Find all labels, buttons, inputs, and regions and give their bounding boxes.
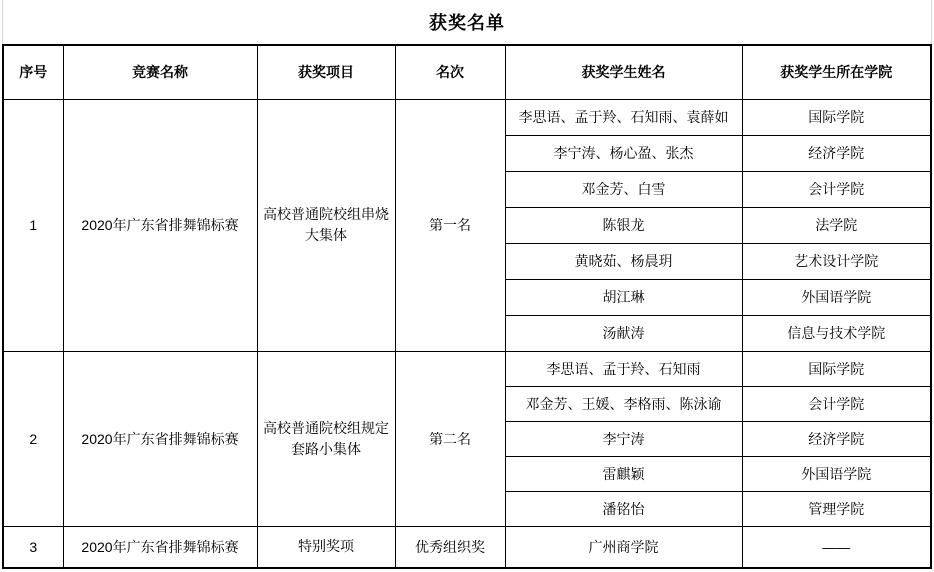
students-cell: 黄晓茹、杨晨玥 (505, 243, 742, 279)
students-cell: 邓金芳、王媛、李格雨、陈泳谕 (505, 386, 742, 421)
students-cell: 雷麒颖 (505, 456, 742, 491)
students-cell: 邓金芳、白雪 (505, 171, 742, 207)
students-cell: 李宁涛 (505, 421, 742, 456)
college-cell: 会计学院 (742, 386, 931, 421)
students-cell: 陈银龙 (505, 207, 742, 243)
header-no: 序号 (3, 45, 63, 99)
project-cell: 高校普通院校组串烧大集体 (257, 99, 395, 351)
college-cell: —— (742, 526, 931, 568)
college-cell: 信息与技术学院 (742, 315, 931, 351)
students-cell: 李思语、孟于羚、石知雨、袁薛如 (505, 99, 742, 135)
header-competition: 竞赛名称 (63, 45, 257, 99)
competition-cell: 2020年广东省排舞锦标赛 (63, 526, 257, 568)
header-rank: 名次 (395, 45, 505, 99)
students-cell: 胡江琳 (505, 279, 742, 315)
no-cell: 3 (3, 526, 63, 568)
header-college: 获奖学生所在学院 (742, 45, 931, 99)
no-cell: 1 (3, 99, 63, 351)
rank-cell: 第二名 (395, 351, 505, 526)
college-cell: 艺术设计学院 (742, 243, 931, 279)
students-cell: 汤献涛 (505, 315, 742, 351)
project-cell: 特别奖项 (257, 526, 395, 568)
rank-cell: 第一名 (395, 99, 505, 351)
project-cell: 高校普通院校组规定套路小集体 (257, 351, 395, 526)
college-cell: 经济学院 (742, 421, 931, 456)
no-cell: 2 (3, 351, 63, 526)
competition-cell: 2020年广东省排舞锦标赛 (63, 99, 257, 351)
table-row: 32020年广东省排舞锦标赛特别奖项优秀组织奖广州商学院—— (3, 526, 931, 568)
students-cell: 李宁涛、杨心盈、张杰 (505, 135, 742, 171)
college-cell: 外国语学院 (742, 456, 931, 491)
header-students: 获奖学生姓名 (505, 45, 742, 99)
award-table-header: 序号 竞赛名称 获奖项目 名次 获奖学生姓名 获奖学生所在学院 (3, 45, 931, 99)
award-table-body: 12020年广东省排舞锦标赛高校普通院校组串烧大集体第一名李思语、孟于羚、石知雨… (3, 99, 931, 568)
college-cell: 外国语学院 (742, 279, 931, 315)
college-cell: 国际学院 (742, 99, 931, 135)
title-bar: 获奖名单 (2, 0, 932, 44)
college-cell: 管理学院 (742, 491, 931, 526)
college-cell: 会计学院 (742, 171, 931, 207)
college-cell: 国际学院 (742, 351, 931, 386)
competition-cell: 2020年广东省排舞锦标赛 (63, 351, 257, 526)
page-title: 获奖名单 (429, 9, 505, 35)
award-table: 序号 竞赛名称 获奖项目 名次 获奖学生姓名 获奖学生所在学院 12020年广东… (2, 44, 932, 569)
table-row: 12020年广东省排舞锦标赛高校普通院校组串烧大集体第一名李思语、孟于羚、石知雨… (3, 99, 931, 135)
header-row: 序号 竞赛名称 获奖项目 名次 获奖学生姓名 获奖学生所在学院 (3, 45, 931, 99)
college-cell: 经济学院 (742, 135, 931, 171)
students-cell: 李思语、孟于羚、石知雨 (505, 351, 742, 386)
students-cell: 广州商学院 (505, 526, 742, 568)
table-row: 22020年广东省排舞锦标赛高校普通院校组规定套路小集体第二名李思语、孟于羚、石… (3, 351, 931, 386)
college-cell: 法学院 (742, 207, 931, 243)
students-cell: 潘铭怡 (505, 491, 742, 526)
award-list-page: 获奖名单 序号 竞赛名称 获奖项目 名次 获奖学生姓名 获奖学生所在学院 120… (2, 0, 932, 569)
rank-cell: 优秀组织奖 (395, 526, 505, 568)
header-project: 获奖项目 (257, 45, 395, 99)
